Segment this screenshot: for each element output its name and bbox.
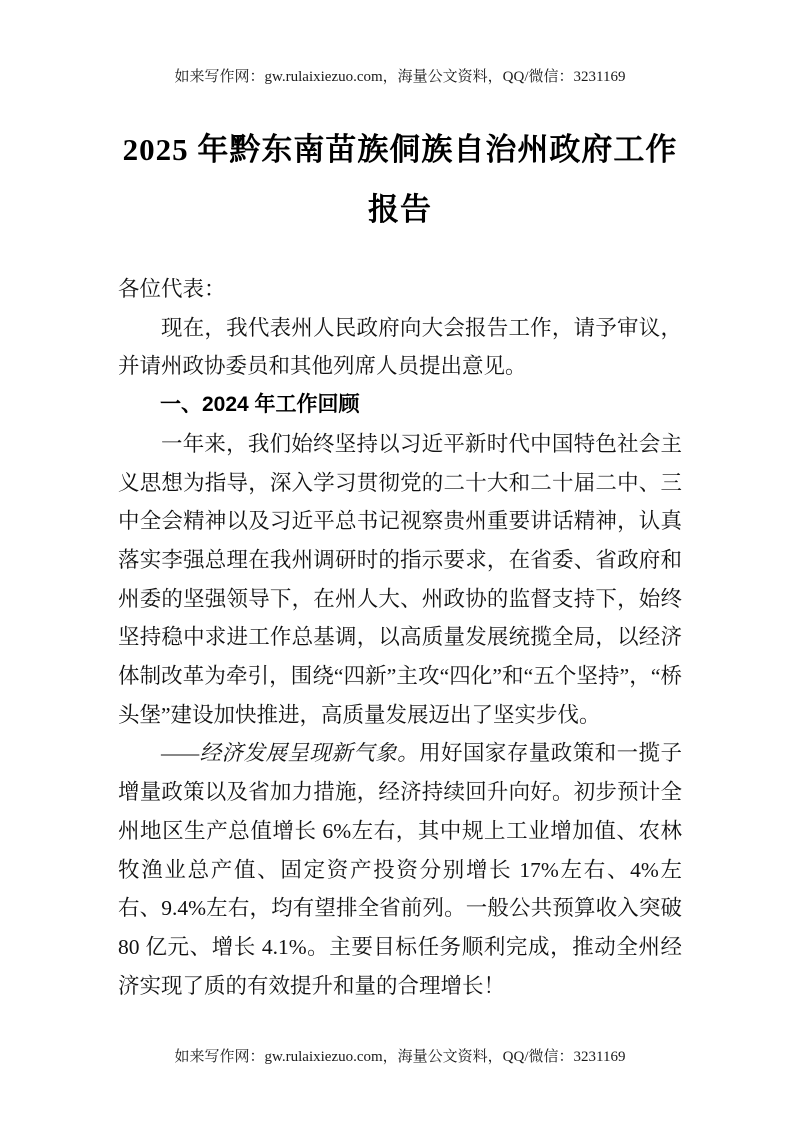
section-heading-2024-review: 一、2024 年工作回顾 <box>118 386 682 425</box>
document-body: 各位代表： 现在，我代表州人民政府向大会报告工作，请予审议，并请州政协委员和其他… <box>118 270 682 1005</box>
salutation: 各位代表： <box>118 270 682 309</box>
economy-body-text: 用好国家存量政策和一揽子增量政策以及省加力措施，经济持续回升向好。初步预计全州地… <box>118 741 682 997</box>
economy-lead-phrase: ——经济发展呈现新气象。 <box>161 741 419 765</box>
header-watermark: 如来写作网：gw.rulaixiezuo.com，海量公文资料，QQ/微信：32… <box>0 66 800 88</box>
review-paragraph: 一年来，我们始终坚持以习近平新时代中国特色社会主义思想为指导，深入学习贯彻党的二… <box>118 425 682 735</box>
document-title: 2025 年黔东南苗族侗族自治州政府工作报告 <box>118 120 682 240</box>
intro-paragraph: 现在，我代表州人民政府向大会报告工作，请予审议，并请州政协委员和其他列席人员提出… <box>118 309 682 386</box>
document-page: 如来写作网：gw.rulaixiezuo.com，海量公文资料，QQ/微信：32… <box>0 0 800 1131</box>
economy-paragraph: ——经济发展呈现新气象。用好国家存量政策和一揽子增量政策以及省加力措施，经济持续… <box>118 734 682 1005</box>
footer-watermark: 如来写作网：gw.rulaixiezuo.com，海量公文资料，QQ/微信：32… <box>0 1046 800 1068</box>
